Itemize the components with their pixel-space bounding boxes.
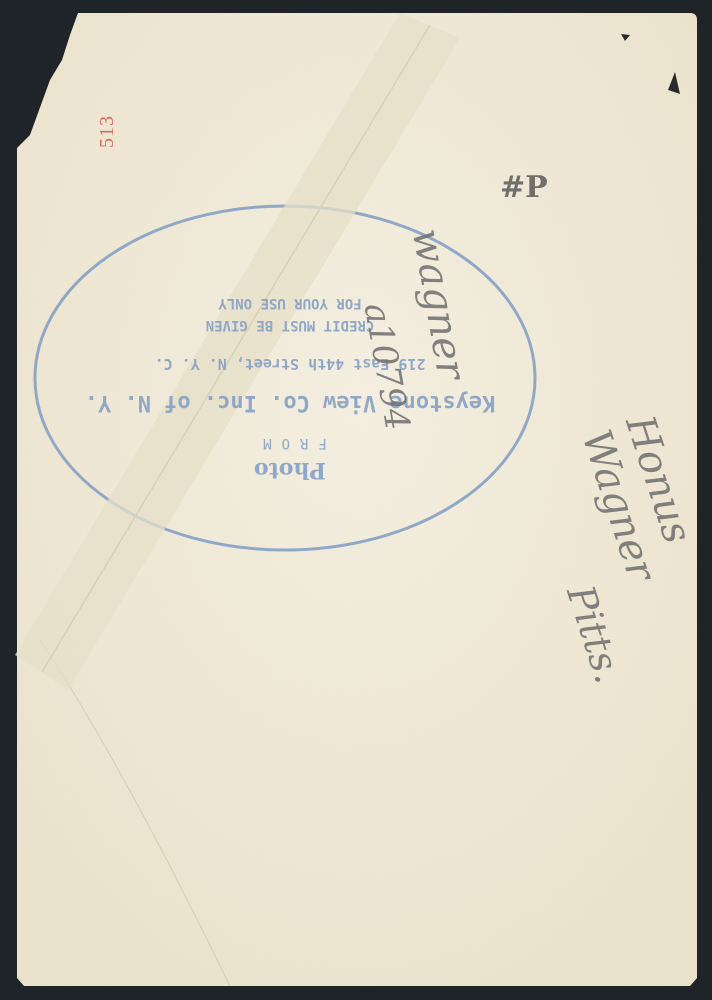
stamp-from: FROM	[40, 435, 540, 451]
red-inventory-number: 513	[96, 115, 119, 148]
stamp-company: Keystone View Co. Inc. of N. Y.	[40, 390, 540, 415]
keystone-stamp: Photo FROM Keystone View Co. Inc. of N. …	[40, 205, 540, 555]
stamp-photo: Photo	[40, 457, 540, 483]
stamp-use-only: FOR YOUR USE ONLY	[40, 295, 540, 311]
pencil-mark: #P	[500, 170, 548, 205]
photo-card-back: 513 #P Photo FROM Keystone View Co. Inc.…	[0, 0, 712, 1000]
